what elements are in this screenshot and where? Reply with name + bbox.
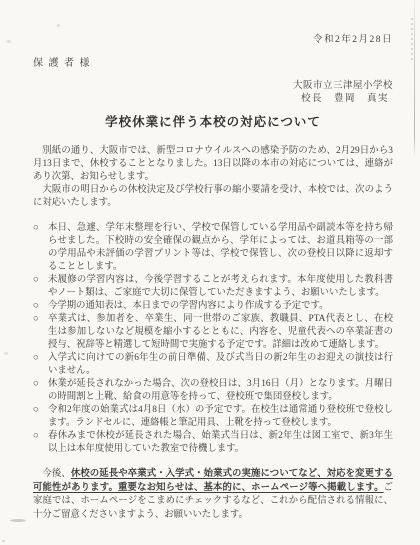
closing-emphasis: 休校の延長や卒業式・入学式・始業式の実施についてなど、対応を変更する可能性があり…	[33, 469, 393, 493]
list-item: ○ 卒業式は、参加者を、卒業生、同一世帯のご家族、教職員、PTA代表とし、在校生…	[33, 313, 393, 352]
list-item-text: 未履修の学習内容は、今後学習することが考えられます。本年度使用した教科書やノート…	[48, 274, 393, 300]
scan-speck-artifact	[2, 540, 5, 542]
intro-paragraph-1: 別紙の通り、大阪市では、新型コロナウイルスへの感染予防のため、2月29日から3月…	[33, 145, 393, 184]
circle-bullet-icon: ○	[33, 430, 48, 456]
sender-block: 大阪市立三津屋小学校 校長 豊岡 真実	[33, 80, 393, 106]
list-item: ○ 本日、急遽、学年末整理を行い、学校で保管している学用品や副読本等を持ち帰らせ…	[33, 222, 393, 274]
list-item-text: 本日、急遽、学年末整理を行い、学校で保管している学用品や副読本等を持ち帰らせまし…	[48, 222, 393, 274]
list-item: ○ 休業が延長されなかった場合、次の登校日は、3月16日（月）となります。月曜日…	[33, 378, 393, 404]
scan-speck-artifact	[4, 352, 8, 355]
list-item-text: 令和2年度の始業式は4月8日（水）の予定です。在校生は通常通り登校班で登校します…	[48, 404, 393, 430]
circle-bullet-icon: ○	[33, 352, 48, 378]
scanned-letter-page: 令和2年2月28日 保護者様 大阪市立三津屋小学校 校長 豊岡 真実 学校休業に…	[0, 0, 420, 545]
circle-bullet-icon: ○	[33, 313, 48, 352]
circle-bullet-icon: ○	[33, 222, 48, 274]
list-item: ○ 令和2年度の始業式は4月8日（水）の予定です。在校生は通常通り登校班で登校し…	[33, 404, 393, 430]
intro-section: 別紙の通り、大阪市では、新型コロナウイルスへの感染予防のため、2月29日から3月…	[33, 145, 393, 210]
scan-speck-artifact	[57, 24, 60, 27]
list-item-text: 春休みまで休校が延長された場合、始業式当日は、新2年生は図工室で、新3年生以上は…	[48, 430, 393, 456]
circle-bullet-icon: ○	[33, 378, 48, 404]
list-item-text: 卒業式は、参加者を、卒業生、同一世帯のご家族、教職員、PTA代表とし、在校生は参…	[48, 313, 393, 352]
principal-name: 校長 豊岡 真実	[33, 93, 393, 106]
letter-content: 令和2年2月28日 保護者様 大阪市立三津屋小学校 校長 豊岡 真実 学校休業に…	[33, 34, 393, 522]
bullet-list: ○ 本日、急遽、学年末整理を行い、学校で保管している学用品や副読本等を持ち帰らせ…	[33, 222, 393, 456]
document-title: 学校休業に伴う本校の対応について	[33, 114, 393, 131]
list-item: ○ 春休みまで休校が延長された場合、始業式当日は、新2年生は図工室で、新3年生以…	[33, 430, 393, 456]
closing-lead: 今後、	[42, 469, 70, 479]
scan-edge-dashes-artifact	[411, 18, 413, 60]
school-name: 大阪市立三津屋小学校	[33, 80, 393, 93]
circle-bullet-icon: ○	[33, 300, 48, 313]
list-item-text: 今学期の通知表は、本日までの学習内容により作成する予定です。	[48, 300, 393, 313]
list-item-text: 入学式に向けての新6年生の前日準備、及び式当日の新2年生のお迎えの演技は行いませ…	[48, 352, 393, 378]
recipient-line: 保護者様	[33, 57, 393, 70]
circle-bullet-icon: ○	[33, 274, 48, 300]
list-item: ○ 未履修の学習内容は、今後学習することが考えられます。本年度使用した教科書やノ…	[33, 274, 393, 300]
intro-paragraph-2: 大阪市の明日からの休校決定及び学校行事の縮小要請を受け、本校では、次のように対応…	[33, 184, 393, 210]
scan-smudge-artifact	[10, 519, 26, 522]
list-item-text: 休業が延長されなかった場合、次の登校日は、3月16日（月）となります。月曜日の時…	[48, 378, 393, 404]
list-item: ○ 入学式に向けての新6年生の前日準備、及び式当日の新2年生のお迎えの演技は行い…	[33, 352, 393, 378]
scan-speck-artifact	[6, 40, 11, 43]
list-item: ○ 今学期の通知表は、本日までの学習内容により作成する予定です。	[33, 300, 393, 313]
closing-paragraph: 今後、休校の延長や卒業式・入学式・始業式の実施についてなど、対応を変更する可能性…	[33, 468, 393, 522]
circle-bullet-icon: ○	[33, 404, 48, 430]
scan-edge-artifact	[414, 0, 415, 158]
letter-date: 令和2年2月28日	[33, 34, 393, 47]
